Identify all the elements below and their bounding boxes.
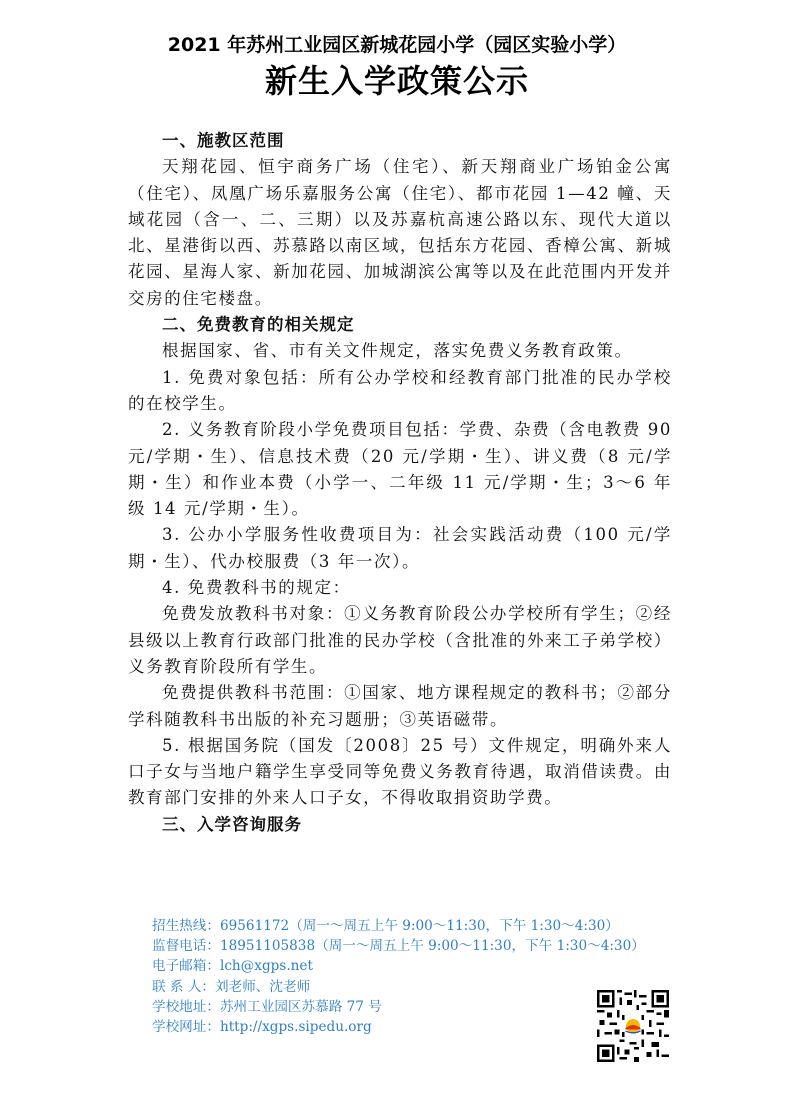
section2-item-4: 4. 免费教科书的规定： (128, 575, 672, 601)
section2-item-4a: 免费发放教科书对象：①义务教育阶段公办学校所有学生；②经县级以上教育行政部门批准… (128, 601, 672, 680)
document-title-line1: 2021 年苏州工业园区新城花园小学（园区实验小学） (0, 30, 794, 57)
section2-item-3: 3. 公办小学服务性收费项目为：社会实践活动费（100 元/学期・生）、代办校服… (128, 522, 672, 575)
email[interactable]: 电子邮箱：lch@xgps.net (152, 956, 645, 976)
section2-item-2: 2. 义务教育阶段小学免费项目包括：学费、杂费（含电教费 90 元/学期・生）、… (128, 417, 672, 522)
document-title-main: 新生入学政策公示 (0, 56, 794, 102)
school-website[interactable]: 学校网址：http://xgps.sipedu.org (152, 1017, 645, 1037)
section2-heading: 二、免费教育的相关规定 (128, 312, 672, 338)
section2-item-4b: 免费提供教科书范围：①国家、地方课程规定的教科书；②部分学科随教科书出版的补充习… (128, 680, 672, 733)
section1-heading: 一、施教区范围 (128, 128, 672, 154)
section1-paragraph: 天翔花园、恒宇商务广场（住宅）、新天翔商业广场铂金公寓（住宅）、凤凰广场乐嘉服务… (128, 154, 672, 312)
document-body: 一、施教区范围 天翔花园、恒宇商务广场（住宅）、新天翔商业广场铂金公寓（住宅）、… (128, 128, 672, 838)
document-page: 2021 年苏州工业园区新城花园小学（园区实验小学） 新生入学政策公示 一、施教… (0, 0, 794, 1108)
section3-heading: 三、入学咨询服务 (128, 812, 672, 838)
contact-person: 联 系 人：刘老师、沈老师 (152, 977, 645, 997)
section2-item-5: 5. 根据国务院（国发〔2008〕25 号）文件规定，明确外来人口子女与当地户籍… (128, 733, 672, 812)
contact-info: 招生热线：69561172（周一～周五上午 9:00～11:30，下午 1:30… (152, 916, 645, 1037)
school-address: 学校地址：苏州工业园区苏慕路 77 号 (152, 997, 645, 1017)
section2-item-1: 1. 免费对象包括：所有公办学校和经教育部门批准的民办学校的在校学生。 (128, 365, 672, 418)
supervision-phone: 监督电话：18951105838（周一～周五上午 9:00～11:30，下午 1… (152, 936, 645, 956)
qr-code-icon (597, 990, 669, 1062)
enrollment-hotline: 招生热线：69561172（周一～周五上午 9:00～11:30，下午 1:30… (152, 916, 645, 936)
section2-intro: 根据国家、省、市有关文件规定，落实免费义务教育政策。 (128, 338, 672, 364)
